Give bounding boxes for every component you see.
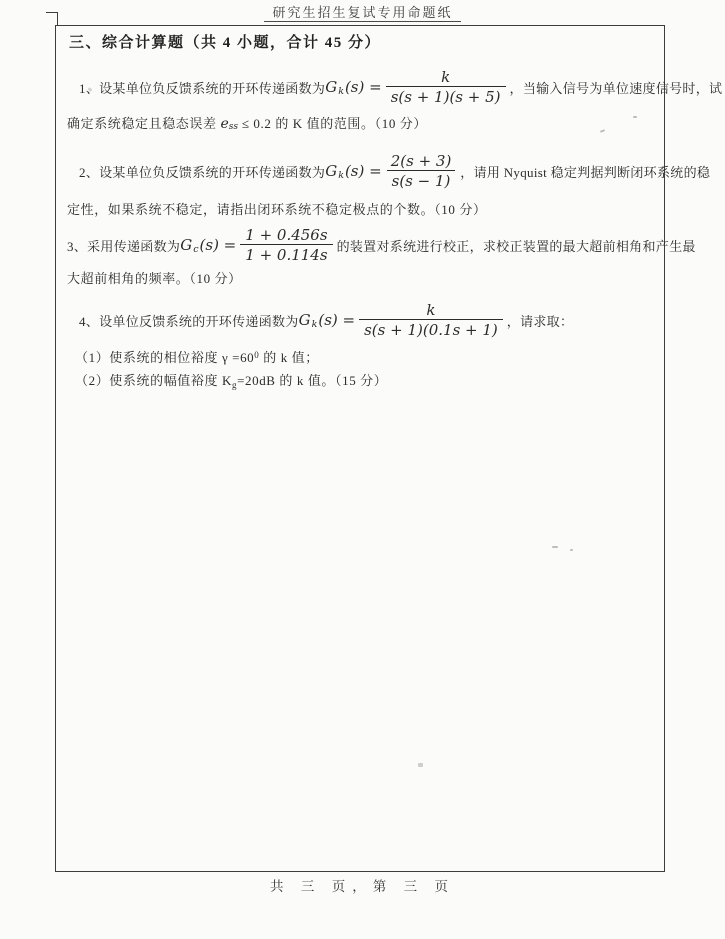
q1-line2-pre: 确定系统稳定且稳态误差 — [67, 116, 220, 131]
q1-formula-equals: (s) = — [345, 78, 382, 96]
q3-text-pre: 3、采用传递函数为 — [67, 236, 180, 255]
scan-artifact — [570, 549, 573, 551]
question-2-line-2: 定性，如果系统不稳定，请指出闭环系统不稳定极点的个数。（10 分） — [67, 199, 656, 218]
question-4-item-2: （2）使系统的幅值裕度 Kg=20dB 的 k 值。（15 分） — [67, 370, 656, 389]
q2-formula: Gk(s) = 2(s + 3) s(s − 1) — [325, 153, 460, 190]
scan-artifact — [552, 546, 558, 548]
question-3-line-2: 大超前相角的频率。（10 分） — [67, 268, 656, 287]
q3-text-post: 的装置对系统进行校正，求校正装置的最大超前相角和产生最 — [337, 236, 696, 255]
q4-item1-superscript: 0 — [254, 350, 259, 360]
frame-corner-mark — [46, 12, 58, 25]
q1-ess-base: e — [220, 116, 228, 132]
q4-item2-subscript: g — [232, 380, 237, 390]
q1-text-post: ，当输入信号为单位速度信号时，试 — [510, 78, 723, 97]
q2-formula-base: G — [325, 162, 337, 180]
question-1-line-2: 确定系统稳定且稳态误差 ess ≤ 0.2 的 K 值的范围。（10 分） — [67, 113, 656, 132]
q2-formula-denominator: s(s − 1) — [387, 170, 456, 190]
question-4-line-1: 4、设单位反馈系统的开环传递函数为 Gk(s) = k s(s + 1)(0.1… — [67, 297, 656, 343]
q4-formula-fraction: k s(s + 1)(0.1s + 1) — [359, 302, 503, 339]
q2-text-pre: 2、设某单位负反馈系统的开环传递函数为 — [79, 162, 325, 181]
q3-formula-subscript: c — [193, 244, 198, 255]
q4-item1-pre: （1）使系统的相位裕度 γ =60 — [75, 350, 254, 365]
q2-formula-fraction: 2(s + 3) s(s − 1) — [386, 153, 457, 190]
q3-formula-numerator: 1 + 0.456s — [240, 227, 332, 245]
page-header-title: 研究生招生复试专用命题纸 — [264, 5, 460, 22]
q4-formula-numerator: k — [421, 302, 440, 320]
page-footer: 共 三 页，第 三 页 — [0, 875, 725, 895]
q3-line2-text: 大超前相角的频率。（10 分） — [67, 271, 242, 286]
q2-formula-numerator: 2(s + 3) — [386, 153, 457, 171]
scan-artifact — [633, 116, 637, 118]
q4-text-pre: 4、设单位反馈系统的开环传递函数为 — [79, 311, 299, 330]
q2-formula-subscript: k — [338, 170, 344, 181]
q3-formula-fraction: 1 + 0.456s 1 + 0.114s — [240, 227, 332, 264]
q1-formula-fraction: k s(s + 1)(s + 5) — [386, 69, 506, 106]
q1-ess-symbol: ess — [220, 116, 238, 132]
q2-line2-text: 定性，如果系统不稳定，请指出闭环系统不稳定极点的个数。（10 分） — [67, 202, 487, 217]
q1-formula-base: G — [325, 78, 337, 96]
scanned-exam-page: 研究生招生复试专用命题纸 三、综合计算题（共 4 小题，合计 45 分） 1、设… — [0, 0, 725, 939]
q1-ess-subscript: ss — [229, 122, 238, 132]
q4-text-post: ，请求取： — [507, 311, 574, 330]
q4-formula: Gk(s) = k s(s + 1)(0.1s + 1) — [299, 302, 507, 339]
q3-formula-equals: (s) = — [200, 236, 237, 254]
question-1-line-1: 1、设某单位负反馈系统的开环传递函数为 Gk(s) = k s(s + 1)(s… — [67, 64, 656, 110]
question-3-line-1: 3、采用传递函数为 Gc(s) = 1 + 0.456s 1 + 0.114s … — [67, 222, 656, 268]
q1-formula-denominator: s(s + 1)(s + 5) — [386, 86, 506, 106]
answer-sheet-frame: 三、综合计算题（共 4 小题，合计 45 分） 1、设某单位负反馈系统的开环传递… — [55, 25, 665, 872]
q1-formula-numerator: k — [436, 69, 455, 87]
q3-formula-denominator: 1 + 0.114s — [240, 244, 332, 264]
q1-text-pre: 1、设某单位负反馈系统的开环传递函数为 — [79, 78, 325, 97]
section-title: 三、综合计算题（共 4 小题，合计 45 分） — [69, 31, 656, 52]
page-header: 研究生招生复试专用命题纸 — [0, 2, 725, 21]
q4-item1-post: 的 k 值； — [259, 350, 318, 365]
q2-text-post: ，请用 Nyquist 稳定判据判断闭环系统的稳 — [460, 162, 710, 181]
q4-formula-base: G — [299, 311, 311, 329]
page-footer-text: 共 三 页，第 三 页 — [270, 879, 455, 894]
question-2-line-1: 2、设某单位负反馈系统的开环传递函数为 Gk(s) = 2(s + 3) s(s… — [67, 148, 656, 194]
q4-formula-equals: (s) = — [318, 311, 355, 329]
q4-formula-denominator: s(s + 1)(0.1s + 1) — [359, 319, 503, 339]
q3-formula: Gc(s) = 1 + 0.456s 1 + 0.114s — [180, 227, 336, 264]
q4-formula-subscript: k — [312, 319, 318, 330]
q3-formula-base: G — [180, 236, 192, 254]
q1-formula: Gk(s) = k s(s + 1)(s + 5) — [325, 69, 509, 106]
q2-formula-equals: (s) = — [345, 162, 382, 180]
q4-item2-post: =20dB 的 k 值。（15 分） — [237, 373, 387, 388]
scan-artifact — [418, 763, 423, 767]
q1-formula-subscript: k — [338, 86, 344, 97]
question-4-item-1: （1）使系统的相位裕度 γ =600 的 k 值； — [67, 347, 656, 366]
q1-line2-post: ≤ 0.2 的 K 值的范围。（10 分） — [238, 116, 427, 131]
q4-item2-pre: （2）使系统的幅值裕度 K — [75, 373, 232, 388]
